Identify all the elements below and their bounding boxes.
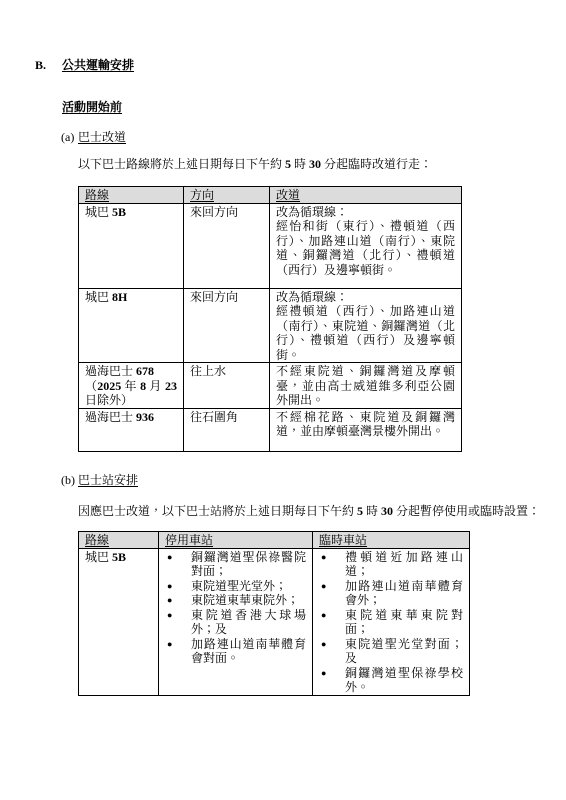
stop-name: 東院道香港大球場外；及 (191, 608, 306, 637)
part-b-intro-post: 分起暫停使用或臨時設置： (393, 504, 540, 518)
section-heading: B.公共運輸安排 (35, 58, 134, 73)
change-intro: 改為循環線： (276, 205, 455, 220)
table-row-route-936: 過海巴士 936 往石圍角 不經棉花路、東院道及銅鑼灣道，並由摩頓臺灣景樓外開出… (79, 408, 462, 451)
route-cell: 過海巴士 678 （2025 年 8 月 23 日除外） (79, 363, 184, 409)
part-a-heading: (a)巴士改道 (61, 130, 126, 145)
table-row-route-8h: 城巴 8H 來回方向 改為循環線： 經禮頓道（西行）、加路連山道（南行）、東院道… (79, 288, 462, 363)
list-item: ●東院道聖光堂外； (165, 579, 306, 594)
part-b-intro: 因應巴士改道，以下巴士站將於上述日期每日下午約 5 時 30 分起暫停使用或臨時… (78, 504, 540, 519)
bullet-icon: ● (319, 608, 345, 637)
list-item: ●東院道東華東院外； (165, 593, 306, 608)
route-name: 城巴 (85, 550, 112, 564)
diversion-header-row: 路線 方向 改道 (79, 187, 462, 204)
part-b-label: (b) (61, 473, 78, 488)
part-a-intro: 以下巴士路線將於上述日期每日下午約 5 時 30 分起臨時改道行走： (78, 157, 432, 172)
route-number: 678 (136, 364, 154, 378)
change-body: 不經棉花路、東院道及銅鑼灣道，並由摩頓臺灣景樓外開出。 (276, 410, 455, 439)
bullet-icon: ● (319, 666, 345, 695)
change-body: 經怡和街（東行）、禮頓道（西行）、加路連山道（南行）、東院道、銅鑼灣道（北行）、… (276, 219, 455, 277)
list-item: ●東院道香港大球場外；及 (165, 608, 306, 637)
route-line: 過海巴士 678 (85, 364, 177, 379)
route-name: 城巴 (85, 290, 112, 304)
part-a-intro-pre: 以下巴士路線將於上述日期每日下午約 (78, 157, 285, 171)
stop-name: 東院道聖光堂對面；及 (345, 637, 463, 666)
stop-name: 東院道東華東院對面； (345, 608, 463, 637)
part-b-heading: (b)巴士站安排 (61, 473, 138, 488)
stop-name: 加路連山道南華體育會對面。 (191, 637, 306, 666)
route-note-year: 2025 (97, 379, 121, 393)
part-a-title: 巴士改道 (78, 130, 126, 144)
route-cell: 城巴 5B (79, 548, 159, 695)
direction-cell: 往上水 (184, 363, 270, 409)
list-item: ●加路連山道南華體育會對面。 (165, 637, 306, 666)
stop-name: 東院道東華東院外； (191, 593, 306, 608)
route-name: 城巴 (85, 205, 112, 219)
route-note-open: （ (85, 379, 97, 393)
bus-stop-table: 路線 停用車站 臨時車站 城巴 5B ●銅鑼灣道聖保祿醫院對面； ●東院道聖光堂… (78, 531, 470, 696)
route-name: 過海巴士 (85, 364, 136, 378)
list-item: ●東院道聖光堂對面；及 (319, 637, 463, 666)
stop-name: 銅鑼灣道聖保祿學校外。 (345, 666, 463, 695)
stop-name: 加路連山道南華體育會外； (345, 579, 463, 608)
section-letter: B. (35, 58, 62, 73)
route-number: 5B (112, 550, 126, 564)
direction-cell: 往石圍角 (184, 408, 270, 451)
stops-header-temporary: 臨時車站 (313, 532, 470, 549)
route-number: 8H (112, 290, 127, 304)
part-a-label: (a) (61, 130, 78, 145)
bullet-icon: ● (165, 637, 191, 666)
diversion-header-direction: 方向 (184, 187, 270, 204)
stops-header-route-label: 路線 (85, 533, 109, 547)
change-cell: 不經棉花路、東院道及銅鑼灣道，並由摩頓臺灣景樓外開出。 (270, 408, 462, 451)
stops-header-temporary-label: 臨時車站 (319, 533, 367, 547)
route-number: 5B (112, 205, 126, 219)
bullet-icon: ● (165, 550, 191, 579)
diversion-header-direction-label: 方向 (190, 188, 214, 202)
bullet-icon: ● (319, 550, 345, 579)
stops-header-suspended-label: 停用車站 (165, 533, 213, 547)
table-row-route-5b: 城巴 5B 來回方向 改為循環線： 經怡和街（東行）、禮頓道（西行）、加路連山道… (79, 203, 462, 288)
diversion-header-change: 改道 (270, 187, 462, 204)
phase-heading: 活動開始前 (62, 100, 122, 115)
route-note: （2025 年 8 月 23 日除外） (85, 379, 177, 408)
stops-header-suspended: 停用車站 (159, 532, 313, 549)
temporary-stops-cell: ●禮頓道近加路連山道； ●加路連山道南華體育會外； ●東院道東華東院對面； ●東… (313, 548, 470, 695)
stop-name: 銅鑼灣道聖保祿醫院對面； (191, 550, 306, 579)
table-row-route-678: 過海巴士 678 （2025 年 8 月 23 日除外） 往上水 不經東院道、銅… (79, 363, 462, 409)
bullet-icon: ● (319, 579, 345, 608)
change-body: 經禮頓道（西行）、加路連山道（南行）、東院道、銅鑼灣道（北行）、禮頓道（西行）及… (276, 304, 455, 362)
diversion-header-route: 路線 (79, 187, 184, 204)
list-item: ●銅鑼灣道聖保祿學校外。 (319, 666, 463, 695)
route-cell: 過海巴士 936 (79, 408, 184, 451)
bullet-icon: ● (165, 593, 191, 608)
diversion-header-route-label: 路線 (85, 188, 109, 202)
change-cell: 改為循環線： 經怡和街（東行）、禮頓道（西行）、加路連山道（南行）、東院道、銅鑼… (270, 203, 462, 288)
part-b-title: 巴士站安排 (78, 473, 138, 487)
part-a-intro-post: 分起臨時改道行走： (321, 157, 432, 171)
section-title: 公共運輸安排 (62, 58, 134, 72)
route-note-month-unit: 月 (146, 379, 165, 393)
direction-cell: 來回方向 (184, 288, 270, 363)
part-a-intro-minute: 30 (309, 157, 321, 171)
bullet-icon: ● (165, 608, 191, 637)
stops-header-route: 路線 (79, 532, 159, 549)
table-row-stops-5b: 城巴 5B ●銅鑼灣道聖保祿醫院對面； ●東院道聖光堂外； ●東院道東華東院外；… (79, 548, 470, 695)
stop-name: 禮頓道近加路連山道； (345, 550, 463, 579)
direction-cell: 來回方向 (184, 203, 270, 288)
change-cell: 改為循環線： 經禮頓道（西行）、加路連山道（南行）、東院道、銅鑼灣道（北行）、禮… (270, 288, 462, 363)
list-item: ●禮頓道近加路連山道； (319, 550, 463, 579)
list-item: ●東院道東華東院對面； (319, 608, 463, 637)
stop-name: 東院道聖光堂外； (191, 579, 306, 594)
bullet-icon: ● (165, 579, 191, 594)
change-intro: 改為循環線： (276, 290, 455, 305)
bus-diversion-table: 路線 方向 改道 城巴 5B 來回方向 改為循環線： 經怡和街（東行）、禮頓道（… (78, 186, 462, 452)
change-body: 不經東院道、銅鑼灣道及摩頓臺，並由高士威道維多利亞公園外開出。 (276, 364, 455, 408)
route-number: 936 (136, 410, 154, 424)
route-cell: 城巴 8H (79, 288, 184, 363)
bullet-icon: ● (319, 637, 345, 666)
route-name: 過海巴士 (85, 410, 136, 424)
list-item: ●加路連山道南華體育會外； (319, 579, 463, 608)
suspended-stops-cell: ●銅鑼灣道聖保祿醫院對面； ●東院道聖光堂外； ●東院道東華東院外； ●東院道香… (159, 548, 313, 695)
route-note-day: 23 (165, 379, 177, 393)
change-cell: 不經東院道、銅鑼灣道及摩頓臺，並由高士威道維多利亞公園外開出。 (270, 363, 462, 409)
part-b-intro-pre: 因應巴士改道，以下巴士站將於上述日期每日下午約 (78, 504, 357, 518)
diversion-header-change-label: 改道 (276, 188, 300, 202)
route-note-close: 日除外） (85, 393, 133, 407)
route-cell: 城巴 5B (79, 203, 184, 288)
list-item: ●銅鑼灣道聖保祿醫院對面； (165, 550, 306, 579)
part-b-intro-hour-unit: 時 (363, 504, 381, 518)
stops-header-row: 路線 停用車站 臨時車站 (79, 532, 470, 549)
part-b-intro-minute: 30 (381, 504, 393, 518)
part-a-intro-hour-unit: 時 (291, 157, 309, 171)
document-page: B.公共運輸安排 活動開始前 (a)巴士改道 以下巴士路線將於上述日期每日下午約… (0, 0, 566, 800)
route-note-year-unit: 年 (121, 379, 140, 393)
